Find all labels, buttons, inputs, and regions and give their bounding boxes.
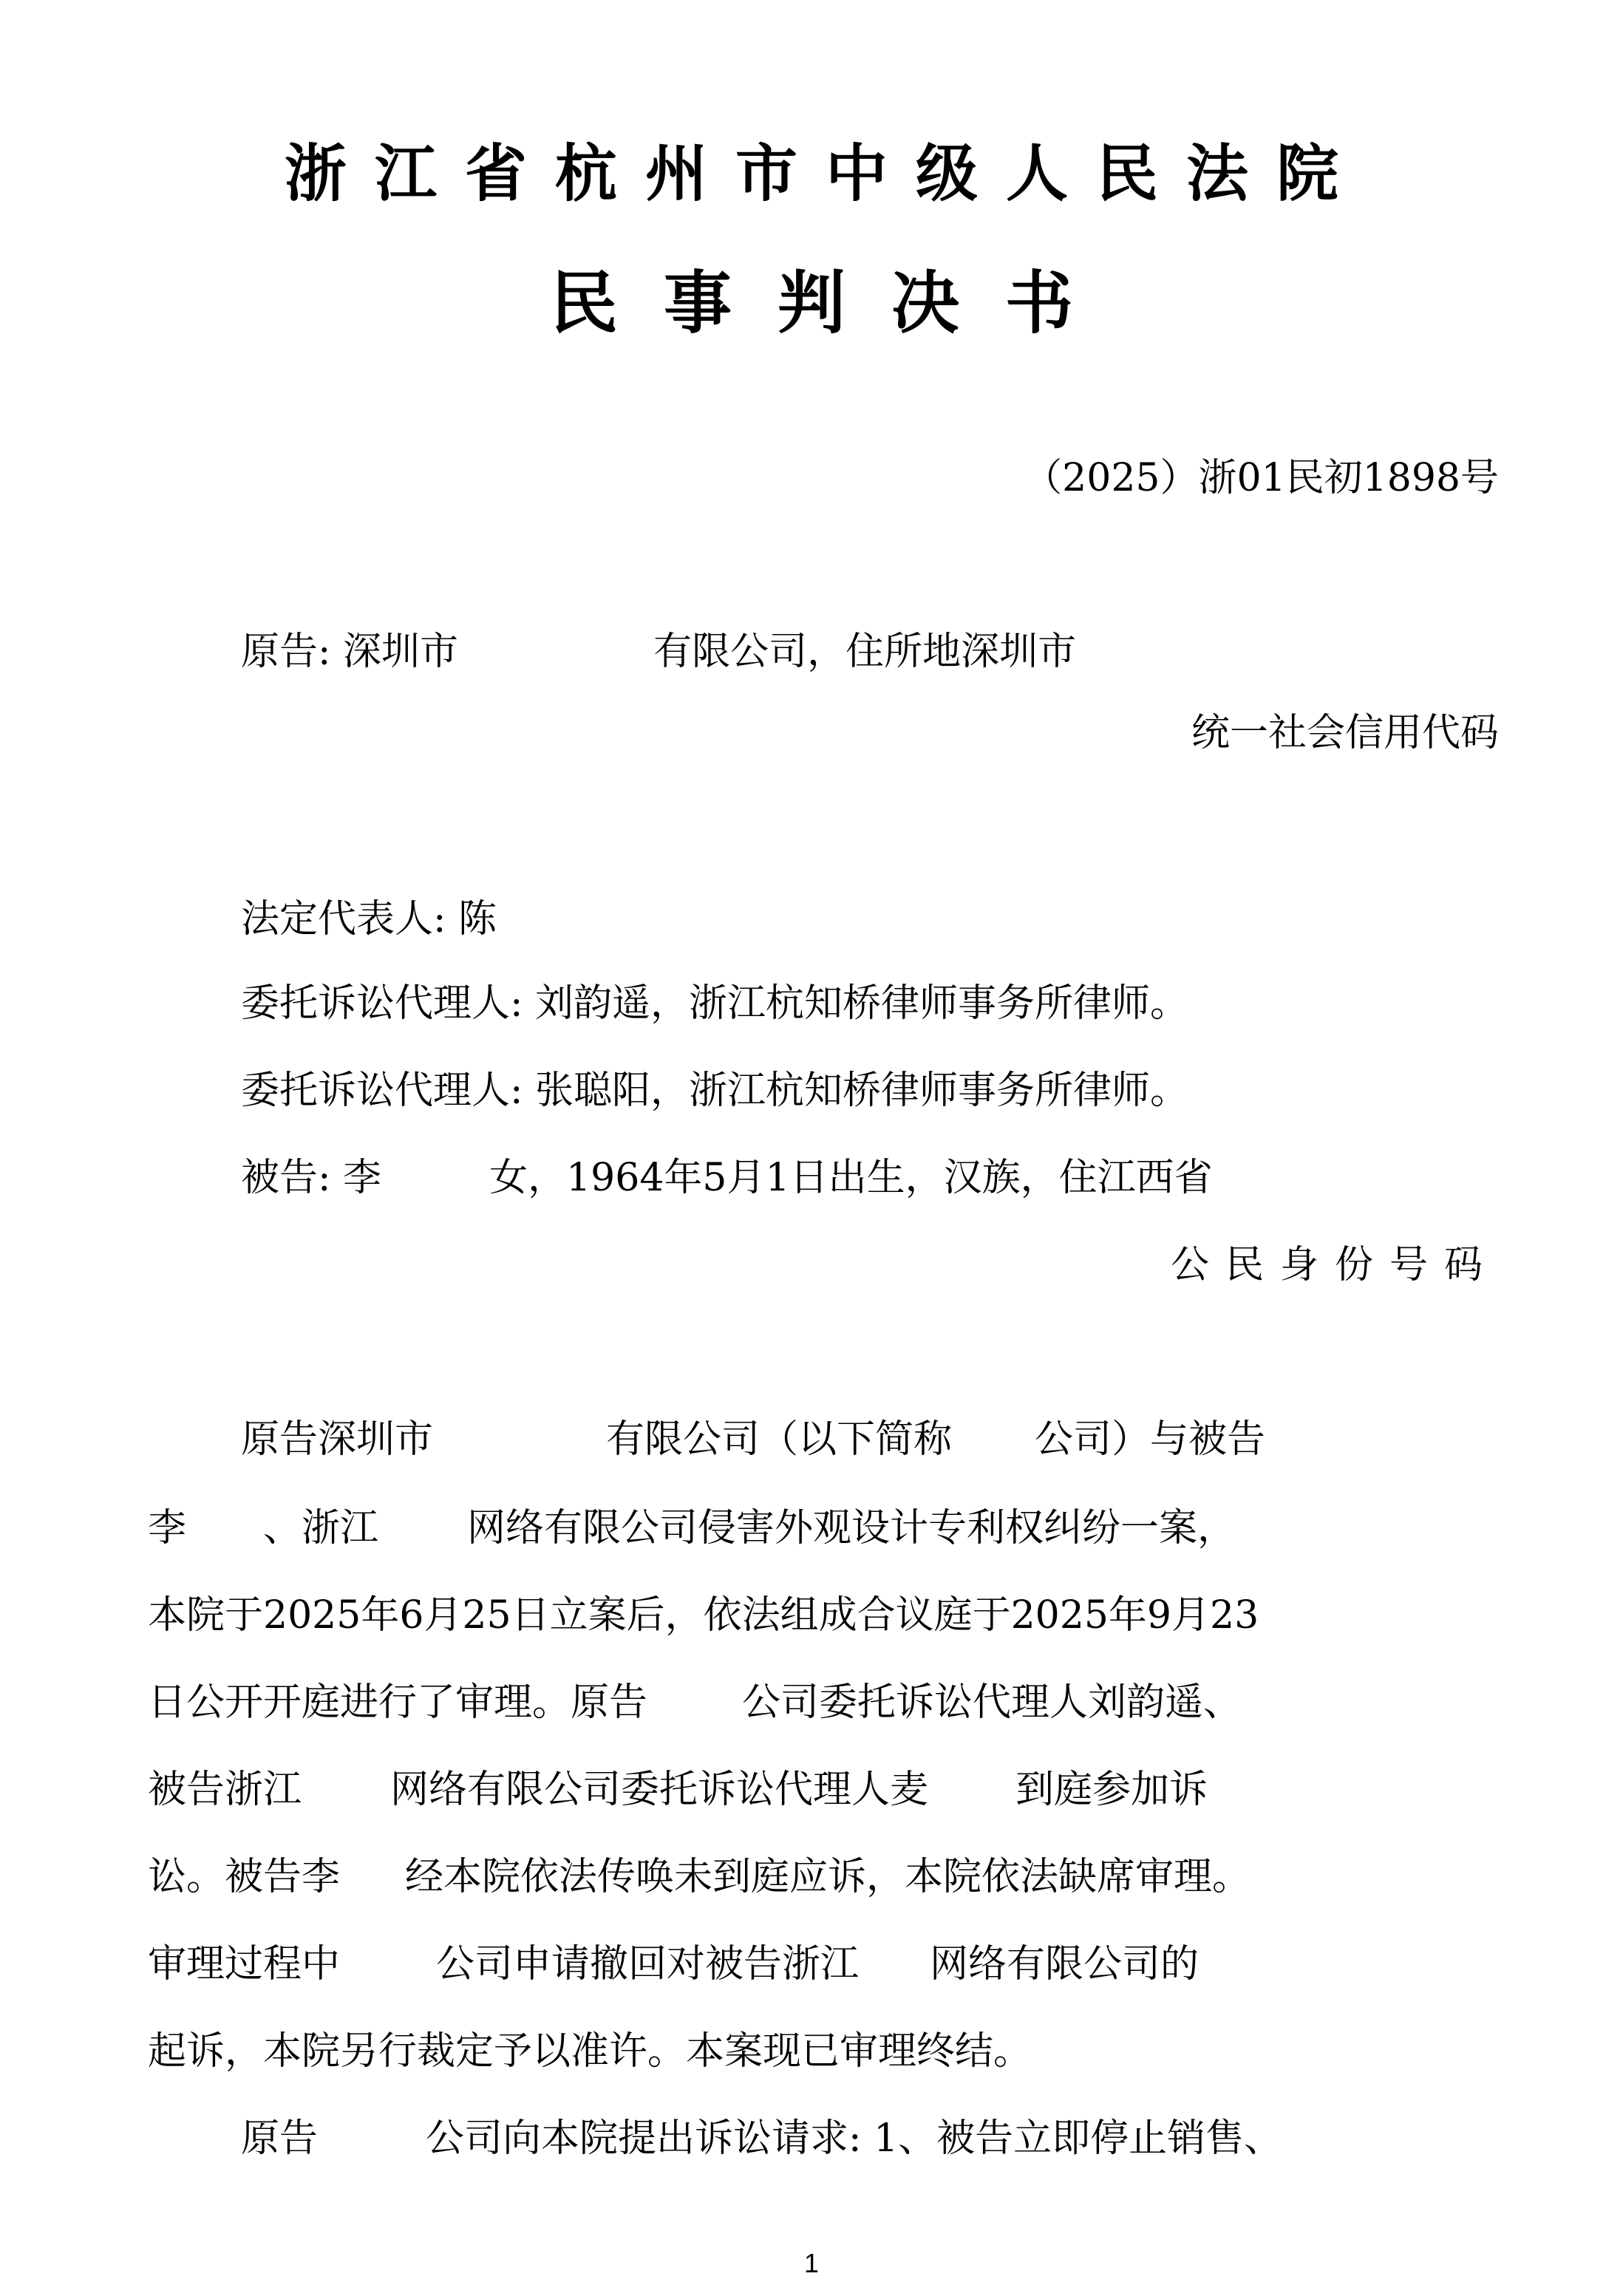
litigation-agent-2: 委托诉讼代理人: 张聪阳，浙江杭知桥律师事务所律师。 [241, 1064, 1188, 1117]
text-segment: 审理过程中 [148, 1942, 340, 1986]
text-segment: 公司委托诉讼代理人刘韵遥、 [742, 1680, 1242, 1725]
defendant-details: 女，1964年5月1日出生，汉族，住江西省 [489, 1156, 1213, 1200]
text-segment: 公司）与被告 [1035, 1417, 1265, 1462]
defendant-prefix: 被告: 李 [241, 1156, 381, 1200]
plaintiff-address: 有限公司，住所地深圳市 [653, 630, 1076, 674]
text-segment: 网络有限公司侵害外观设计专利权纠纷一案， [467, 1506, 1236, 1550]
paragraph-1-line-8: 起诉，本院另行裁定予以准许。本案现已审理终结。 [148, 2025, 1032, 2078]
text-segment: 原告 [241, 2116, 318, 2161]
plaintiff-prefix: 原告: 深圳市 [241, 630, 458, 674]
text-segment: 网络有限公司委托诉讼代理人麦 [390, 1768, 928, 1812]
paragraph-1-line-3: 本院于2025年6月25日立案后，依法组成合议庭于2025年9月23 [148, 1589, 1259, 1642]
legal-representative: 法定代表人: 陈 [241, 893, 497, 946]
text-segment: 本院于2025年6月25日立案后，依法组成合议庭于2025年9月23 [148, 1593, 1259, 1638]
case-number: （2025）浙01民初1898号 [1024, 452, 1499, 504]
paragraph-2-line-1: 原告公司向本院提出诉讼请求: 1、被告立即停止销售、 [241, 2112, 1282, 2165]
document-title: 民事判决书 [0, 262, 1623, 344]
litigation-agent-1: 委托诉讼代理人: 刘韵遥，浙江杭知桥律师事务所律师。 [241, 977, 1188, 1030]
text-segment: 被告浙江 [148, 1768, 302, 1812]
text-segment: 讼。被告李 [148, 1855, 340, 1899]
judgment-page: 浙江省杭州市中级人民法院 民事判决书 （2025）浙01民初1898号 原告: … [0, 0, 1623, 2296]
text-segment: 经本院依法传唤未到庭应诉，本院依法缺席审理。 [405, 1855, 1251, 1899]
paragraph-1-line-5: 被告浙江网络有限公司委托诉讼代理人麦到庭参加诉 [148, 1763, 1208, 1816]
paragraph-1-line-6: 讼。被告李经本院依法传唤未到庭应诉，本院依法缺席审理。 [148, 1850, 1251, 1904]
text-segment: 有限公司（以下简称 [606, 1417, 952, 1462]
paragraph-1-line-2: 李、浙江网络有限公司侵害外观设计专利权纠纷一案， [148, 1502, 1236, 1555]
defendant-id-label: 公民身份号码 [1171, 1239, 1499, 1292]
plaintiff-line-1: 原告: 深圳市有限公司，住所地深圳市 [241, 625, 1076, 678]
text-segment: 起诉，本院另行裁定予以准许。本案现已审理终结。 [148, 2029, 1032, 2074]
text-segment: 、浙江 [263, 1506, 378, 1550]
page-number: 1 [0, 2245, 1623, 2282]
text-segment: 原告深圳市 [241, 1417, 433, 1462]
paragraph-1-line-4: 日公开开庭进行了审理。原告公司委托诉讼代理人刘韵遥、 [148, 1676, 1242, 1729]
paragraph-1-line-7: 审理过程中公司申请撤回对被告浙江网络有限公司的 [148, 1938, 1199, 1991]
defendant-line-1: 被告: 李女，1964年5月1日出生，汉族，住江西省 [241, 1151, 1213, 1205]
court-name: 浙江省杭州市中级人民法院 [0, 137, 1623, 211]
text-segment: 到庭参加诉 [1015, 1768, 1208, 1812]
text-segment: 公司申请撤回对被告浙江 [436, 1942, 859, 1986]
text-segment: 日公开开庭进行了审理。原告 [148, 1680, 647, 1725]
text-segment: 公司向本院提出诉讼请求: 1、被告立即停止销售、 [426, 2116, 1282, 2161]
plaintiff-credit-code-label: 统一社会信用代码 [1191, 706, 1499, 760]
text-segment: 网络有限公司的 [930, 1942, 1199, 1986]
paragraph-1-line-1: 原告深圳市有限公司（以下简称公司）与被告 [241, 1413, 1265, 1466]
text-segment: 李 [148, 1506, 186, 1550]
